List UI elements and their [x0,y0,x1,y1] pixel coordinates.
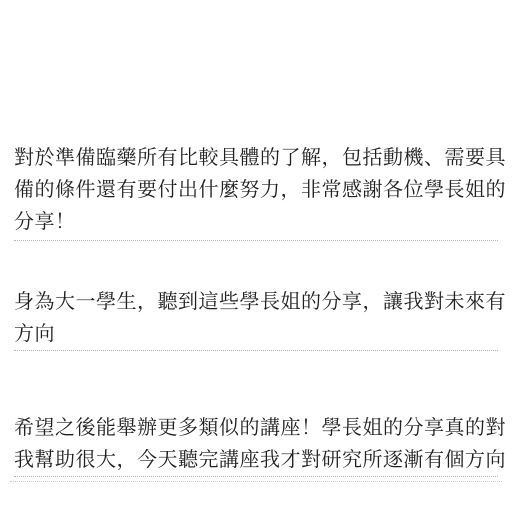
response-text-line: 方向 [14,318,498,350]
response-text-line: 對於準備臨藥所有比較具體的了解，包括動機、需要具 [14,142,498,174]
response-text-line: 備的條件還有要付出什麼努力，非常感謝各位學長姐的 [14,174,498,206]
responses-page: 對於準備臨藥所有比較具體的了解，包括動機、需要具 備的條件還有要付出什麼努力，非… [0,0,512,512]
response-item: 身為大一學生，聽到這些學長姐的分享，讓我對未來有 方向 [14,286,498,350]
response-text-line: 希望之後能舉辦更多類似的講座！學長姐的分享真的對 [14,412,498,444]
section-divider [10,481,502,482]
answer-divider [14,240,498,241]
response-item: 希望之後能舉辦更多類似的講座！學長姐的分享真的對 我幫助很大，今天聽完講座我才對… [14,412,498,476]
response-item: 對於準備臨藥所有比較具體的了解，包括動機、需要具 備的條件還有要付出什麼努力，非… [14,142,498,238]
response-text-line: 我幫助很大，今天聽完講座我才對研究所逐漸有個方向 [14,444,498,476]
response-text-line: 身為大一學生，聽到這些學長姐的分享，讓我對未來有 [14,286,498,318]
answer-divider [14,476,498,477]
responses-content: 對於準備臨藥所有比較具體的了解，包括動機、需要具 備的條件還有要付出什麼努力，非… [0,0,512,482]
answer-divider [14,350,498,351]
response-text-line: 分享！ [14,206,498,238]
top-whitespace [14,0,498,142]
